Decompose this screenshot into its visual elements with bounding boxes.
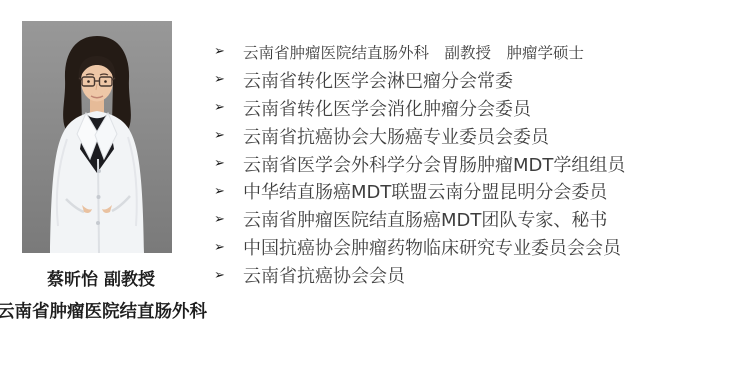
credential-item: ➢ 云南省转化医学会淋巴瘤分会常委 bbox=[214, 66, 625, 94]
credential-item: ➢ 中华结直肠癌MDT联盟云南分盟昆明分会委员 bbox=[214, 177, 625, 205]
arrow-bullet-icon: ➢ bbox=[214, 101, 243, 114]
arrow-bullet-icon: ➢ bbox=[214, 185, 243, 198]
credential-item: ➢ 云南省抗癌协会大肠癌专业委员会委员 bbox=[214, 122, 625, 150]
arrow-bullet-icon: ➢ bbox=[214, 129, 243, 142]
credential-item: ➢ 云南省转化医学会消化肿瘤分会委员 bbox=[214, 94, 625, 122]
doctor-portrait-photo bbox=[22, 21, 172, 253]
arrow-bullet-icon: ➢ bbox=[214, 241, 243, 254]
credential-text: 云南省转化医学会淋巴瘤分会常委 bbox=[243, 67, 513, 93]
credentials-list: ➢ 云南省肿瘤医院结直肠外科 副教授 肿瘤学硕士 ➢ 云南省转化医学会淋巴瘤分会… bbox=[214, 38, 625, 289]
doctor-name-title: 蔡昕怡 副教授 bbox=[0, 265, 204, 290]
credential-text: 云南省医学会外科学分会胃肠肿瘤MDT学组组员 bbox=[243, 151, 625, 177]
credential-text: 云南省肿瘤医院结直肠外科 副教授 肿瘤学硕士 bbox=[243, 41, 584, 63]
credential-text: 中华结直肠癌MDT联盟云南分盟昆明分会委员 bbox=[243, 178, 607, 204]
arrow-bullet-icon: ➢ bbox=[214, 213, 243, 226]
portrait-illustration bbox=[22, 21, 172, 253]
credential-item: ➢ 云南省抗癌协会会员 bbox=[214, 261, 625, 289]
arrow-bullet-icon: ➢ bbox=[214, 157, 243, 170]
credential-text: 云南省抗癌协会大肠癌专业委员会委员 bbox=[243, 123, 549, 149]
credential-item: ➢ 云南省肿瘤医院结直肠癌MDT团队专家、秘书 bbox=[214, 205, 625, 233]
arrow-bullet-icon: ➢ bbox=[214, 269, 243, 282]
arrow-bullet-icon: ➢ bbox=[214, 45, 243, 58]
credential-text: 云南省肿瘤医院结直肠癌MDT团队专家、秘书 bbox=[243, 206, 607, 232]
credential-item: ➢ 云南省肿瘤医院结直肠外科 副教授 肿瘤学硕士 bbox=[214, 38, 625, 66]
doctor-affiliation: 云南省肿瘤医院结直肠外科 bbox=[0, 298, 207, 323]
credential-text: 中国抗癌协会肿瘤药物临床研究专业委员会会员 bbox=[243, 234, 621, 260]
credential-item: ➢ 云南省医学会外科学分会胃肠肿瘤MDT学组组员 bbox=[214, 150, 625, 178]
credential-text: 云南省抗癌协会会员 bbox=[243, 262, 405, 288]
arrow-bullet-icon: ➢ bbox=[214, 73, 243, 86]
credential-item: ➢ 中国抗癌协会肿瘤药物临床研究专业委员会会员 bbox=[214, 233, 625, 261]
credential-text: 云南省转化医学会消化肿瘤分会委员 bbox=[243, 95, 531, 121]
